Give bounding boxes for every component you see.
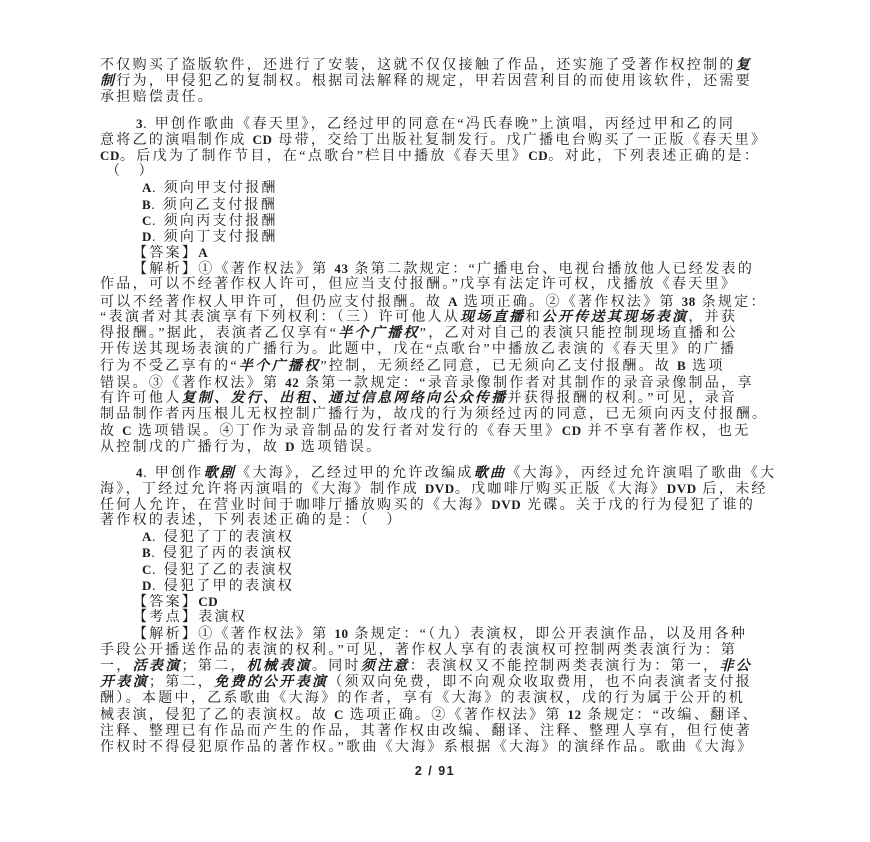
body-text: D. 须向丁支付报酬 — [142, 230, 278, 245]
body-text: ：表演权又不能控制两类表演行为：第一， — [410, 659, 720, 674]
latin-text: D — [142, 229, 152, 244]
body-text: 《大海》，丙经过允许演唱了歌曲《大 — [506, 466, 776, 481]
latin-text: D — [142, 578, 152, 593]
question-3-options: A. 须向甲支付报酬B. 须向乙支付报酬C. 须向丙支付报酬D. 须向丁支付报酬 — [100, 180, 780, 245]
option-line: B. 须向乙支付报酬 — [100, 197, 780, 213]
document-content: 不仅购买了盗版软件，还进行了安装，这就不仅仅接触了作品，还实施了受著作权控制的复… — [100, 58, 780, 756]
text-line: 4. 甲创作歌剧《大海》，乙经过甲的允许改编成歌曲《大海》，丙经过允许演唱了歌曲… — [100, 465, 780, 481]
body-text: （ ） — [106, 164, 155, 179]
text-line: 制品制作者丙压根儿无权控制广播行为，故戊的行为须经过丙的同意，已无须向丙支付报酬… — [100, 407, 780, 423]
latin-text: 38 — [682, 294, 696, 309]
emphasis-text: 制 — [100, 74, 116, 89]
body-text: ”控制，无须经乙同意，已无须向乙支付报酬。故 B 选项 — [320, 359, 724, 374]
text-line: 制行为，甲侵犯乙的复制权。根据司法解释的规定，甲若因营利目的而使用该软件，还需要 — [100, 74, 780, 90]
text-line: 【答案】A — [100, 245, 780, 261]
body-text: 可以不经著作权人甲许可，但仍应支付报酬。故 A 选项正确。②《著作权法》第 38… — [100, 295, 767, 310]
emphasis-text: 免费的公开表演 — [214, 675, 328, 690]
latin-text: 42 — [285, 375, 299, 390]
body-text: 承担赔偿责任。 — [100, 90, 214, 105]
body-text: 【答案】A — [133, 246, 208, 261]
text-line: 著作权的表述，下列表述正确的是：（ ） — [100, 513, 780, 529]
body-text: 作品，可以不经著作权人许可，但应当支付报酬。”戊享有法定许可权，戊播放《春天里》 — [100, 277, 737, 292]
intro-paragraph: 不仅购买了盗版软件，还进行了安装，这就不仅仅接触了作品，还实施了受著作权控制的复… — [100, 58, 780, 107]
body-text: 错误。③《著作权法》第 42 条第一款规定：“录音录像制作者对其制作的录音录像制… — [100, 376, 754, 391]
body-text: 4. 甲创作 — [136, 466, 204, 481]
body-text: 行为，甲侵犯乙的复制权。根据司法解释的规定，甲若因营利目的而使用该软件，还需要 — [116, 74, 752, 89]
text-line: 不仅购买了盗版软件，还进行了安装，这就不仅仅接触了作品，还实施了受著作权控制的复 — [100, 58, 780, 74]
body-text: 械表演，侵犯了乙的表演权。故 C 选项正确。②《著作权法》第 12 条规定：“改… — [100, 708, 759, 723]
body-text: 手段公开播送作品的表演的权利。”可见，著作权人享有的表演权可控制两类表演行为：第 — [100, 643, 737, 658]
latin-text: B — [677, 358, 686, 373]
emphasis-text: 复 — [736, 58, 752, 73]
body-text: 【解析】①《著作权法》第 10 条规定：“（九）表演权，即公开表演作品，以及用各… — [133, 627, 747, 642]
body-text: 得报酬。”据此，表演者乙仅享有“ — [100, 326, 338, 341]
latin-text: CD — [562, 423, 582, 438]
latin-text: CD — [100, 148, 120, 163]
body-text: 任何人允许，在营业时间于咖啡厅播放购买的《大海》DVD 光碟。关于戊的行为侵犯了… — [100, 498, 755, 513]
text-line: 有许可他人复制、发行、出租、通过信息网络向公众传播并获得报酬的权利。”可见，录音 — [100, 391, 780, 407]
text-line: 手段公开播送作品的表演的权利。”可见，著作权人享有的表演权可控制两类表演行为：第 — [100, 643, 780, 659]
latin-text: D — [285, 439, 295, 454]
body-text: D. 侵犯了甲的表演权 — [142, 579, 294, 594]
option-line: B. 侵犯了丙的表演权 — [100, 545, 780, 561]
option-line: C. 须向丙支付报酬 — [100, 213, 780, 229]
emphasis-text: 公开传送其现场表演 — [542, 310, 689, 325]
text-line: 酬）。本题中，乙系歌曲《大海》的作者，享有《大海》的表演权，戊的行为属于公开的机 — [100, 691, 780, 707]
body-text: 3. 甲创作歌曲《春天里》，乙经过甲的同意在“冯氏春晚”上演唱，丙经过甲和乙的同 — [136, 117, 735, 132]
latin-text: A — [448, 294, 458, 309]
latin-text: C — [334, 707, 344, 722]
text-line: 【解析】①《著作权法》第 43 条第二款规定：“广播电台、电视台播放他人已经发表… — [100, 261, 780, 277]
emphasis-text: 现场直播 — [460, 310, 525, 325]
latin-text: DVD — [425, 481, 455, 496]
text-line: CD。后戊为了制作节目，在“点歌台”栏目中播放《春天里》CD。对此，下列表述正确… — [100, 148, 780, 164]
body-text: 著作权的表述，下列表述正确的是：（ ） — [100, 513, 403, 528]
text-line: 故 C 选项错误。④丁作为录音制品的发行者对发行的《春天里》CD 并不享有著作权… — [100, 423, 780, 439]
emphasis-text: 歌曲 — [474, 466, 507, 481]
body-text: 行为不受乙享有的“ — [100, 359, 239, 374]
latin-text: 3 — [136, 116, 143, 131]
body-text: 故 C 选项错误。④丁作为录音制品的发行者对发行的《春天里》CD 并不享有著作权… — [100, 424, 751, 439]
text-line: 一，活表演；第二，机械表演。同时须注意：表演权又不能控制两类表演行为：第一，非公 — [100, 659, 780, 675]
body-text: 意将乙的演唱制作成 CD 母带，交给丁出版社复制发行。戊广播电台购买了一正版《春… — [100, 133, 767, 148]
body-text: 【答案】CD — [133, 595, 218, 610]
emphasis-text: 须注意 — [361, 659, 410, 674]
question-4-options: A. 侵犯了丁的表演权B. 侵犯了丙的表演权C. 侵犯了乙的表演权D. 侵犯了甲… — [100, 529, 780, 594]
body-text: 并获得报酬的权利。”可见，录音 — [508, 391, 738, 406]
body-text: ；第二， — [149, 675, 214, 690]
latin-text: DVD — [667, 481, 697, 496]
question-4-analysis: 【解析】①《著作权法》第 10 条规定：“（九）表演权，即公开表演作品，以及用各… — [100, 626, 780, 756]
text-line: 任何人允许，在营业时间于咖啡厅播放购买的《大海》DVD 光碟。关于戊的行为侵犯了… — [100, 497, 780, 513]
emphasis-text: 机械表演 — [247, 659, 312, 674]
option-line: A. 须向甲支付报酬 — [100, 180, 780, 196]
body-text: 《大海》，乙经过甲的允许改编成 — [236, 466, 474, 481]
question-3-analysis: 【解析】①《著作权法》第 43 条第二款规定：“广播电台、电视台播放他人已经发表… — [100, 261, 780, 455]
body-text: 【考点】表演权 — [133, 610, 247, 625]
text-line: 械表演，侵犯了乙的表演权。故 C 选项正确。②《著作权法》第 12 条规定：“改… — [100, 707, 780, 723]
body-text: ；第二， — [182, 659, 247, 674]
body-text: C. 须向丙支付报酬 — [142, 214, 278, 229]
question-4-stem: 4. 甲创作歌剧《大海》，乙经过甲的允许改编成歌曲《大海》，丙经过允许演唱了歌曲… — [100, 465, 780, 530]
emphasis-text: 非公 — [719, 659, 752, 674]
emphasis-text: 歌剧 — [204, 466, 237, 481]
option-line: D. 须向丁支付报酬 — [100, 229, 780, 245]
text-line: 行为不受乙享有的“半个广播权”控制，无须经乙同意，已无须向乙支付报酬。故 B 选… — [100, 358, 780, 374]
latin-text: CD — [253, 132, 273, 147]
body-text: 作权时不得侵犯原作品的著作权。”歌曲《大海》系根据《大海》的演绎作品。歌曲《大海… — [100, 740, 754, 755]
emphasis-text: 半个广播权 — [239, 359, 321, 374]
latin-text: 12 — [568, 707, 582, 722]
latin-text: B — [142, 545, 151, 560]
body-text: 和 — [525, 310, 541, 325]
latin-text: B — [142, 197, 151, 212]
latin-text: 43 — [334, 261, 348, 276]
text-line: “表演者对其表演享有下列权利：（三）许可他人从现场直播和公开传送其现场表演，并获 — [100, 310, 780, 326]
body-text: 从控制戊的广播行为，故 D 选项错误。 — [100, 440, 382, 455]
body-text: A. 须向甲支付报酬 — [142, 181, 278, 196]
text-line: 得报酬。”据此，表演者乙仅享有“半个广播权”，乙对对自己的表演只能控制现场直播和… — [100, 326, 780, 342]
text-line: 承担赔偿责任。 — [100, 90, 780, 106]
latin-text: A — [142, 529, 152, 544]
text-line: 意将乙的演唱制作成 CD 母带，交给丁出版社复制发行。戊广播电台购买了一正版《春… — [100, 132, 780, 148]
body-text: 海》，丁经过允许将丙演唱的《大海》制作成 DVD。戊咖啡厅购买正版《大海》DVD… — [100, 482, 768, 497]
body-text: （须双向免费，即不向观众收取费用，也不向表演者支付报 — [328, 675, 752, 690]
latin-text: 4 — [136, 465, 143, 480]
emphasis-text: 半个广播权 — [338, 326, 420, 341]
body-text: 酬）。本题中，乙系歌曲《大海》的作者，享有《大海》的表演权，戊的行为属于公开的机 — [100, 691, 745, 706]
body-text: ”，乙对对自己的表演只能控制现场直播和公 — [420, 326, 738, 341]
body-text: 注释、整理已有作品而产生的作品，其著作权由改编、翻译、注释、整理人享有，但行使著 — [100, 724, 752, 739]
text-line: 作品，可以不经著作权人许可，但应当支付报酬。”戊享有法定许可权，戊播放《春天里》 — [100, 277, 780, 293]
question-3-answer: 【答案】A — [100, 245, 780, 261]
option-line: A. 侵犯了丁的表演权 — [100, 529, 780, 545]
text-line: 从控制戊的广播行为，故 D 选项错误。 — [100, 439, 780, 455]
latin-text: A — [198, 245, 208, 260]
body-text: C. 侵犯了乙的表演权 — [142, 563, 294, 578]
text-line: 开传送其现场表演的广播行为。此题中，戊在“点歌台”中播放乙表演的《春天里》的广播 — [100, 342, 780, 358]
latin-text: C — [142, 562, 152, 577]
text-line: 注释、整理已有作品而产生的作品，其著作权由改编、翻译、注释、整理人享有，但行使著 — [100, 724, 780, 740]
body-text: 有许可他人 — [100, 391, 182, 406]
body-text: 。同时 — [312, 659, 361, 674]
body-text: B. 须向乙支付报酬 — [142, 198, 277, 213]
emphasis-text: 复制、发行、出租、通过信息网络向公众传播 — [182, 391, 508, 406]
text-line: 海》，丁经过允许将丙演唱的《大海》制作成 DVD。戊咖啡厅购买正版《大海》DVD… — [100, 481, 780, 497]
latin-text: 10 — [334, 626, 348, 641]
text-line: 3. 甲创作歌曲《春天里》，乙经过甲的同意在“冯氏春晚”上演唱，丙经过甲和乙的同 — [100, 116, 780, 132]
question-4-answer: 【答案】CD — [100, 594, 780, 610]
body-text: B. 侵犯了丙的表演权 — [142, 546, 293, 561]
text-line: 错误。③《著作权法》第 42 条第一款规定：“录音录像制作者对其制作的录音录像制… — [100, 375, 780, 391]
body-text: ，并获 — [688, 310, 737, 325]
body-text: 开传送其现场表演的广播行为。此题中，戊在“点歌台”中播放乙表演的《春天里》的广播 — [100, 342, 736, 357]
body-text: 一， — [100, 659, 133, 674]
latin-text: CD — [198, 594, 218, 609]
latin-text: CD — [528, 148, 548, 163]
emphasis-text: 开表演 — [100, 675, 149, 690]
latin-text: C — [142, 213, 152, 228]
body-text: 制品制作者丙压根儿无权控制广播行为，故戊的行为须经过丙的同意，已无须向丙支付报酬… — [100, 407, 768, 422]
option-line: C. 侵犯了乙的表演权 — [100, 562, 780, 578]
page-number: 2 / 91 — [0, 764, 870, 778]
document-page: 不仅购买了盗版软件，还进行了安装，这就不仅仅接触了作品，还实施了受著作权控制的复… — [0, 0, 870, 842]
body-text: A. 侵犯了丁的表演权 — [142, 530, 294, 545]
text-line: 作权时不得侵犯原作品的著作权。”歌曲《大海》系根据《大海》的演绎作品。歌曲《大海… — [100, 740, 780, 756]
text-line: 开表演；第二，免费的公开表演（须双向免费，即不向观众收取费用，也不向表演者支付报 — [100, 675, 780, 691]
latin-text: A — [142, 180, 152, 195]
text-line: 【解析】①《著作权法》第 10 条规定：“（九）表演权，即公开表演作品，以及用各… — [100, 626, 780, 642]
text-line: 【考点】表演权 — [100, 610, 780, 626]
option-line: D. 侵犯了甲的表演权 — [100, 578, 780, 594]
text-line: 【答案】CD — [100, 594, 780, 610]
latin-text: DVD — [491, 497, 521, 512]
body-text: “表演者对其表演享有下列权利：（三）许可他人从 — [100, 310, 460, 325]
question-3-stem: 3. 甲创作歌曲《春天里》，乙经过甲的同意在“冯氏春晚”上演唱，丙经过甲和乙的同… — [100, 116, 780, 181]
latin-text: C — [122, 423, 132, 438]
text-line: （ ） — [100, 164, 780, 180]
text-line: 可以不经著作权人甲许可，但仍应支付报酬。故 A 选项正确。②《著作权法》第 38… — [100, 294, 780, 310]
body-text: 【解析】①《著作权法》第 43 条第二款规定：“广播电台、电视台播放他人已经发表… — [133, 262, 754, 277]
body-text: CD。后戊为了制作节目，在“点歌台”栏目中播放《春天里》CD。对此，下列表述正确… — [100, 149, 760, 164]
emphasis-text: 活表演 — [133, 659, 182, 674]
question-4-keypoint: 【考点】表演权 — [100, 610, 780, 626]
body-text: 不仅购买了盗版软件，还进行了安装，这就不仅仅接触了作品，还实施了受著作权控制的 — [100, 58, 736, 73]
